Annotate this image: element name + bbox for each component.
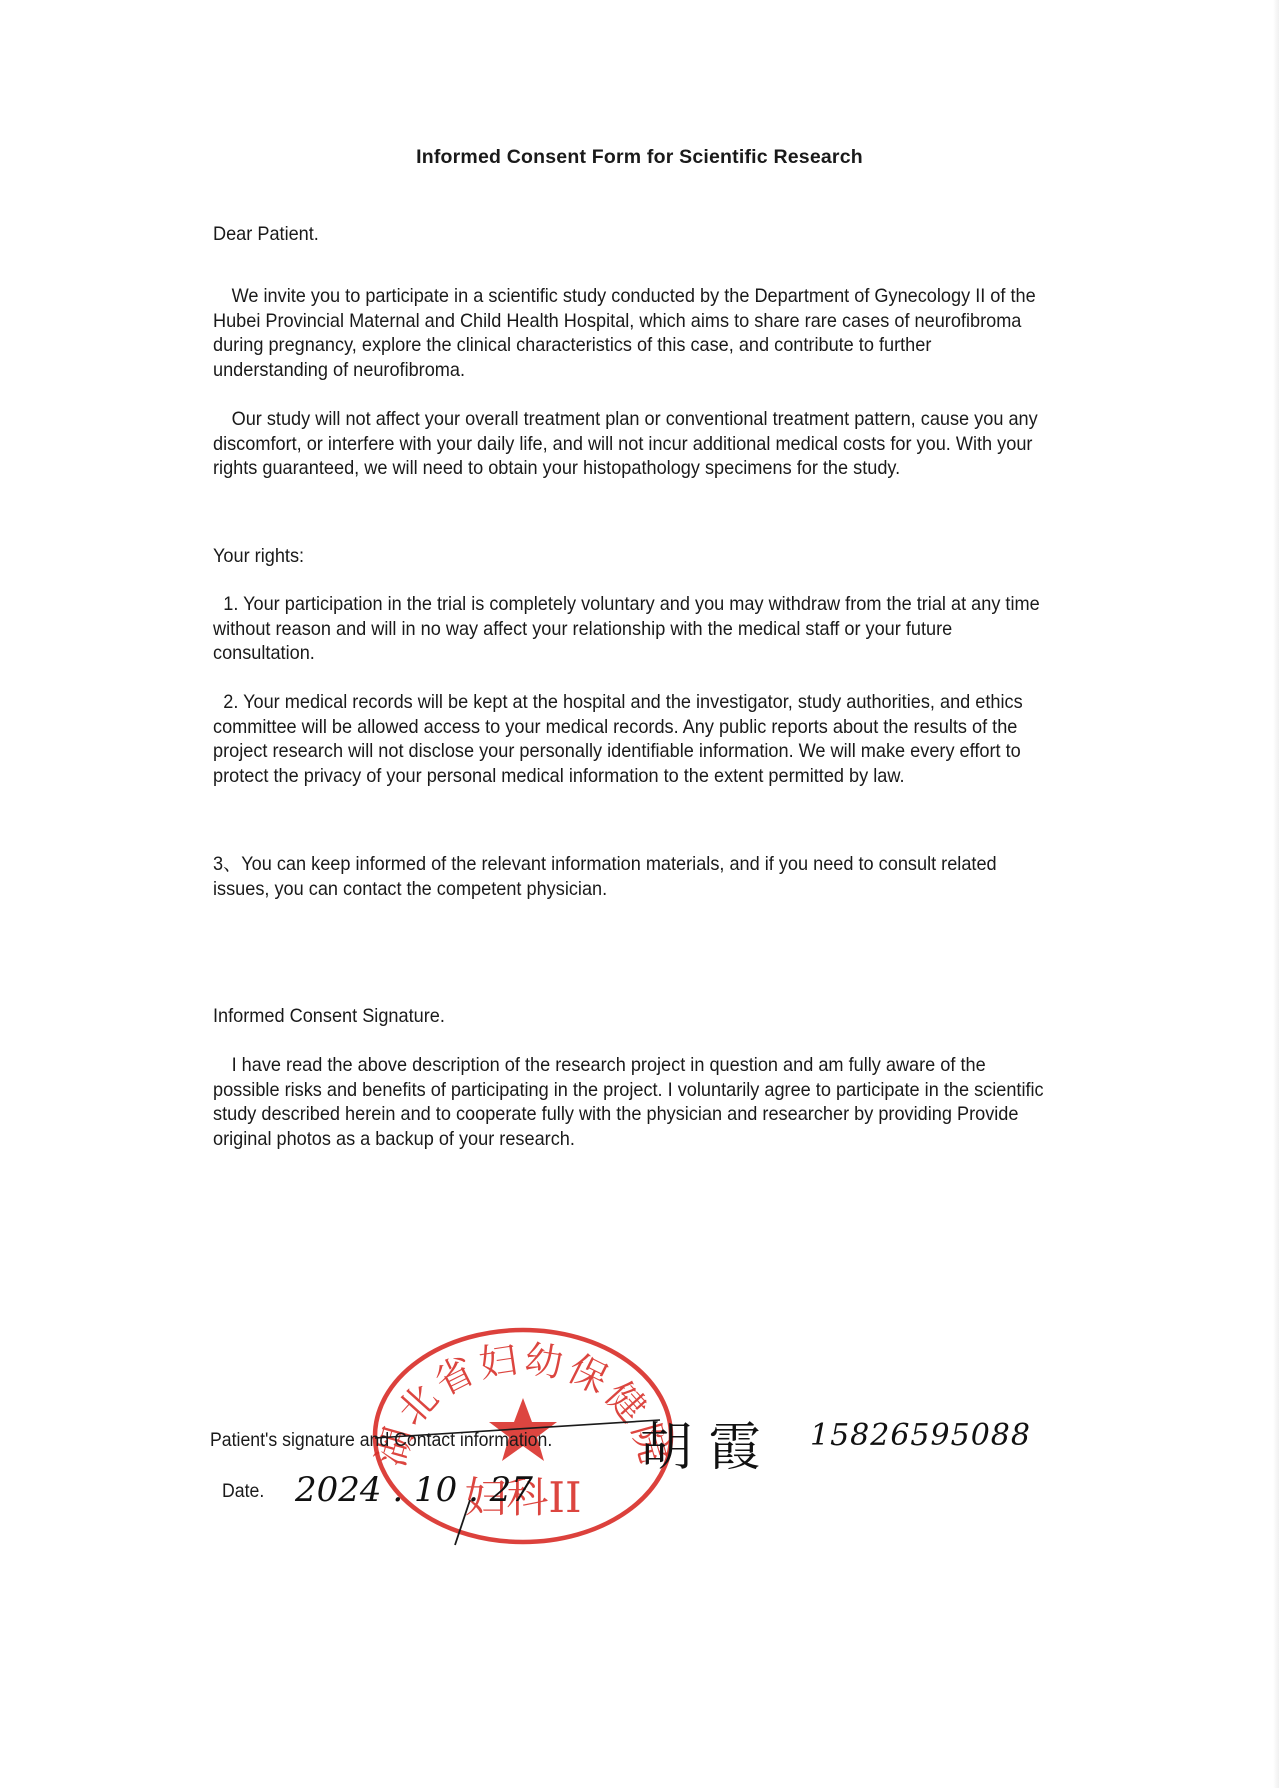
patient-signature-label: Patient's signature and Contact informat… [210, 1430, 552, 1452]
document-title: Informed Consent Form for Scientific Res… [0, 146, 1279, 169]
handwritten-date: 2024 . 10 . 27 [295, 1470, 533, 1510]
date-label: Date. [222, 1481, 264, 1503]
right-item-2: 2. Your medical records will be kept at … [213, 690, 1050, 788]
rights-heading: Your rights: [213, 544, 1050, 569]
page-edge [1273, 0, 1279, 1788]
handwritten-phone: 15826595088 [810, 1418, 1031, 1453]
right-item-1: 1. Your participation in the trial is co… [213, 592, 1050, 666]
signature-statement: I have read the above description of the… [213, 1053, 1050, 1151]
handwritten-signature: 胡 霞 [640, 1405, 761, 1480]
signature-heading: Informed Consent Signature. [213, 1004, 1050, 1029]
salutation: Dear Patient. [213, 222, 1050, 247]
study-impact-paragraph: Our study will not affect your overall t… [213, 407, 1050, 481]
right-item-3: 3、You can keep informed of the relevant … [213, 852, 1050, 901]
intro-paragraph: We invite you to participate in a scient… [213, 284, 1050, 382]
consent-form-page: Informed Consent Form for Scientific Res… [0, 0, 1279, 1788]
